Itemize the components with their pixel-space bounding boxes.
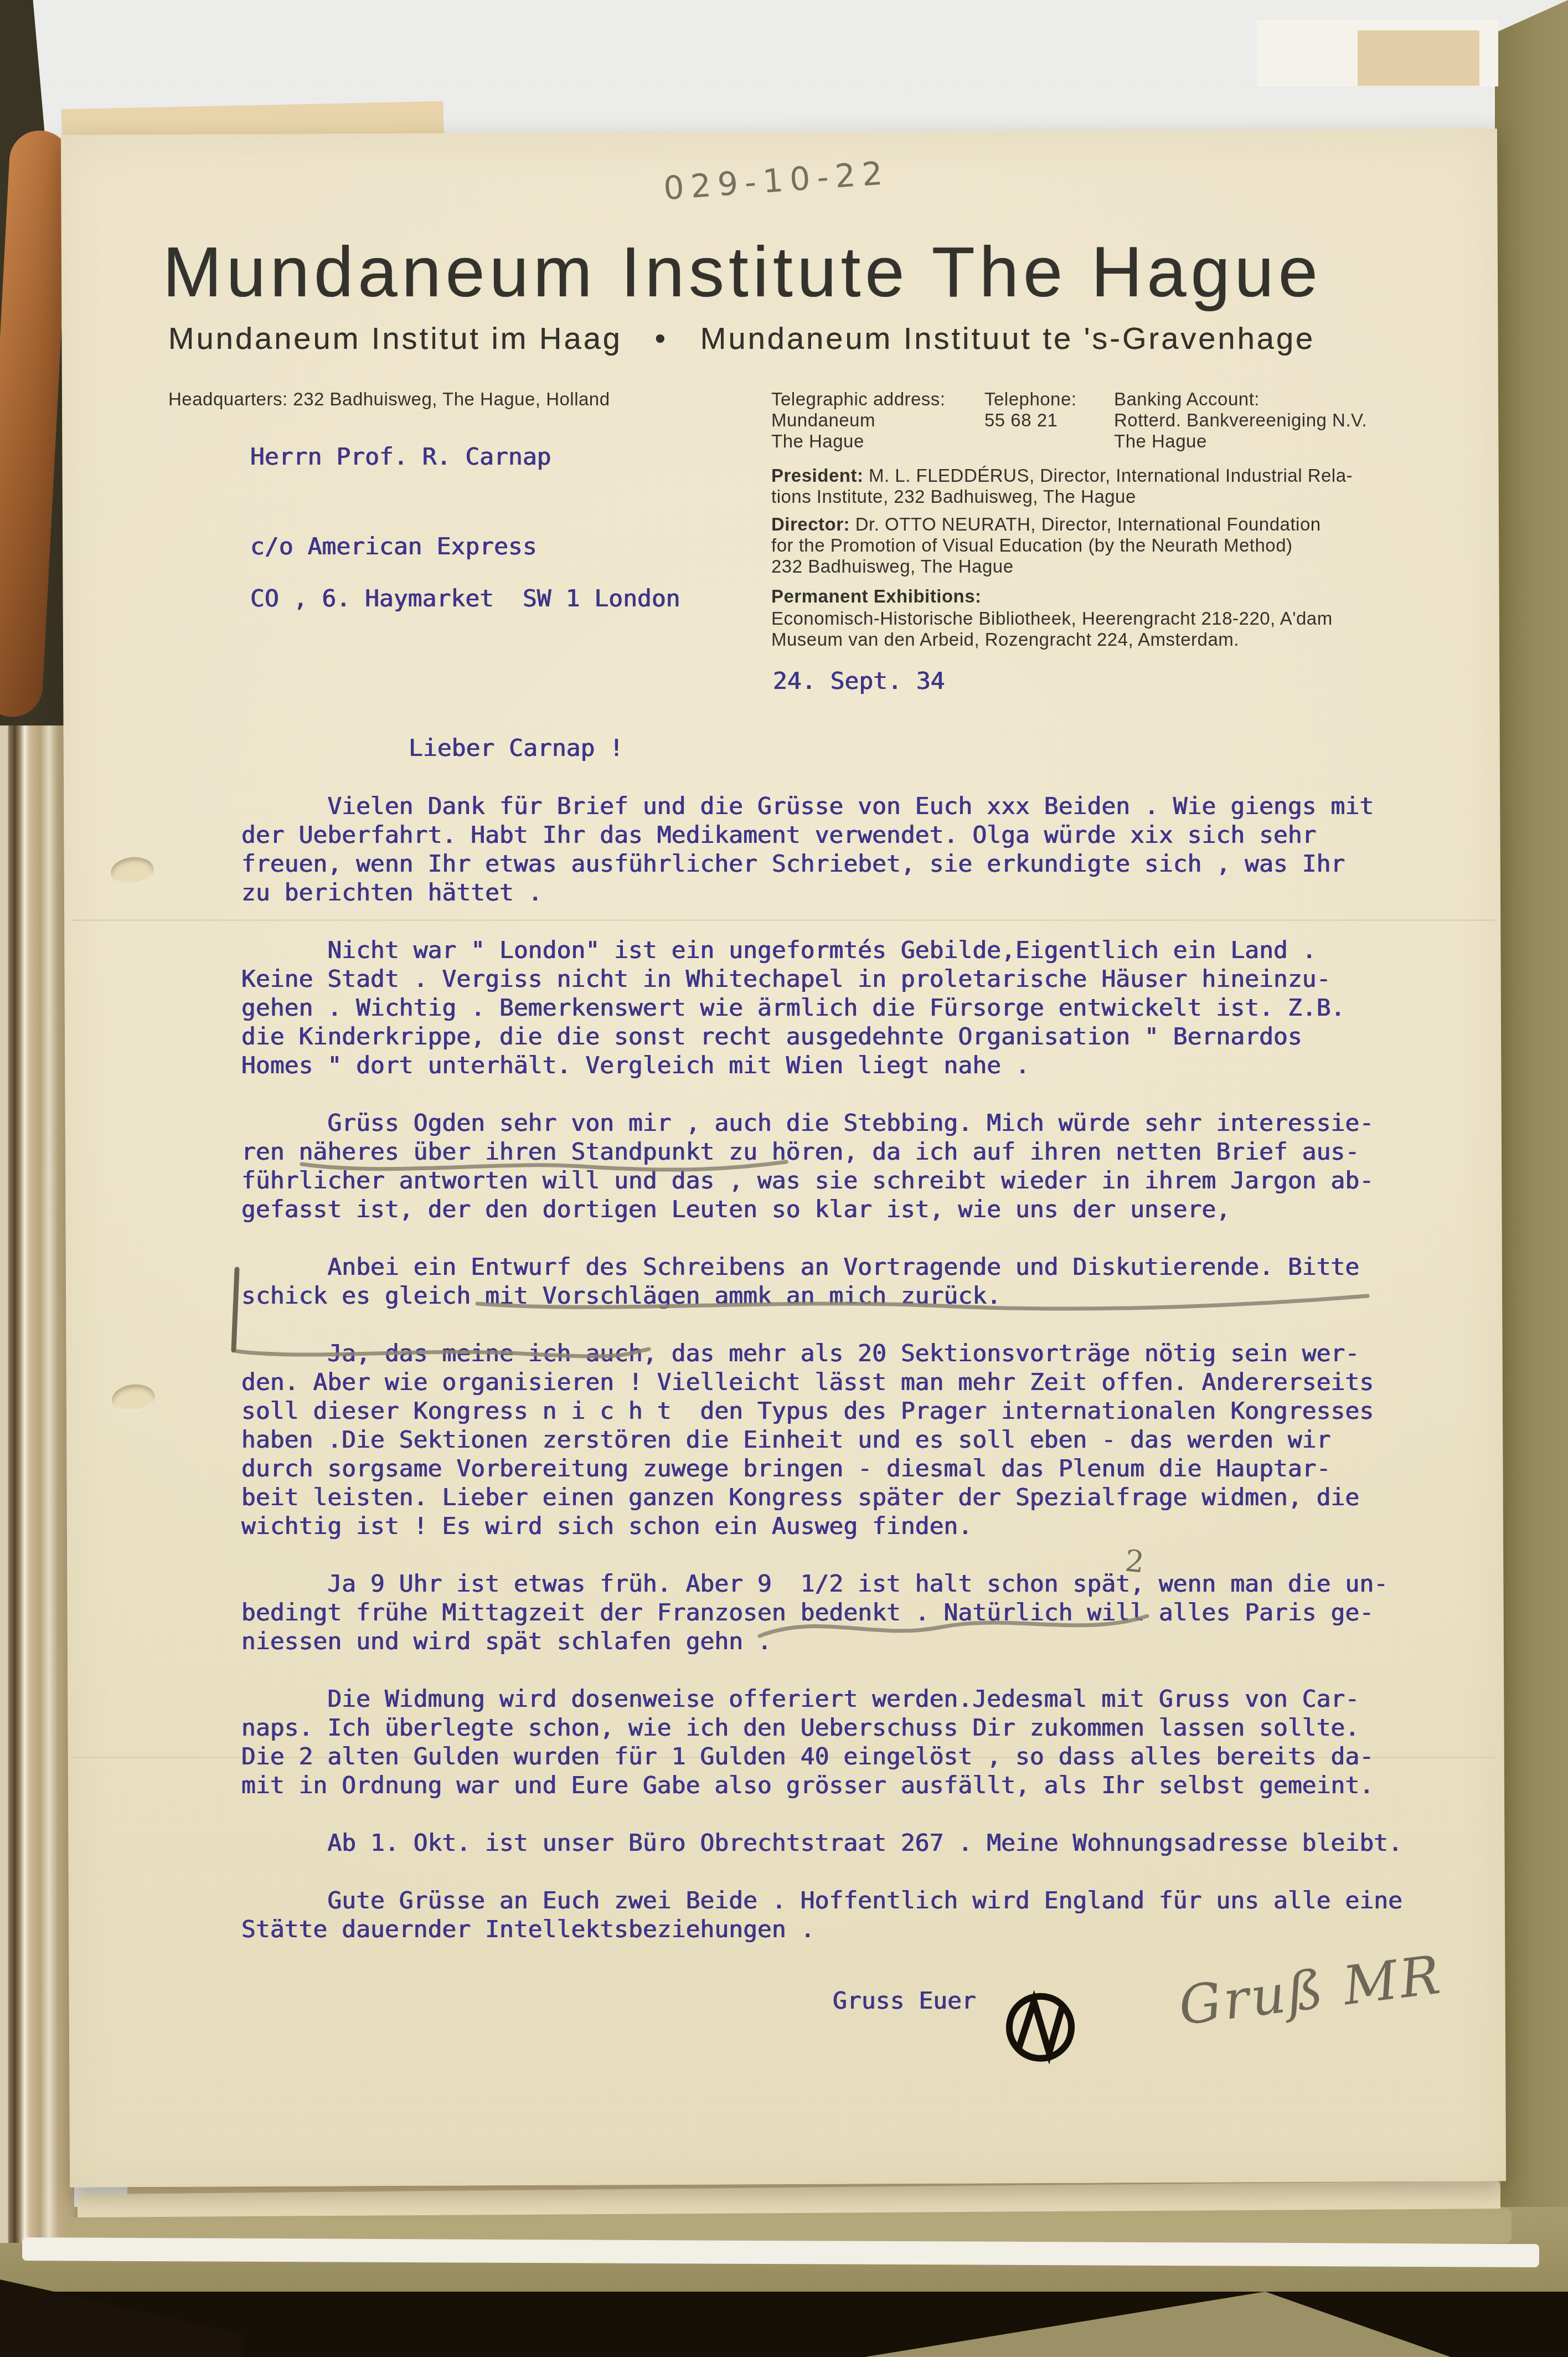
letter-line: niessen und wird spät schlafen gehn . <box>241 1627 1399 1656</box>
letter-line: Stätte dauernder Intellektsbeziehungen . <box>241 1915 1399 1944</box>
letter-line: durch sorgsame Vorbereitung zuwege bring… <box>241 1454 1399 1483</box>
letter-line: Gute Grüsse an Euch zwei Beide . Hoffent… <box>241 1886 1399 1915</box>
closing: Gruss Euer <box>833 1987 976 2015</box>
president-label: President: <box>771 465 863 486</box>
recipient-address: CO , 6. Haymarket SW 1 London <box>250 585 680 613</box>
letter-line: der Ueberfahrt. Habt Ihr das Medikament … <box>241 821 1399 850</box>
letterhead-telephone: Telephone: 55 68 21 <box>984 389 1076 431</box>
letter-line: naps. Ich überlegte schon, wie ich den U… <box>241 1713 1399 1742</box>
letterhead-director: Director: Dr. OTTO NEURATH, Director, In… <box>771 514 1402 577</box>
letter-line: Vielen Dank für Brief und die Grüsse von… <box>241 792 1399 821</box>
letterhead-title: Mundaneum Institute The Hague <box>163 231 1322 313</box>
telegraphic-value: Mundaneum The Hague <box>771 410 946 452</box>
letter-line: Ab 1. Okt. ist unser Büro Obrechtstraat … <box>241 1829 1399 1857</box>
letter-line: freuen, wenn Ihr etwas ausführlicher Sch… <box>241 850 1399 878</box>
letter-paragraph: Nicht war " London" ist ein ungeformtés … <box>241 936 1399 1080</box>
letter-paragraph: Grüss Ogden sehr von mir , auch die Steb… <box>241 1109 1399 1224</box>
letter-paragraph: Anbei ein Entwurf des Schreibens an Vort… <box>241 1253 1399 1310</box>
letter-line: bedingt frühe Mittagzeit der Franzosen b… <box>241 1598 1399 1627</box>
letter-line: gefasst ist, der den dortigen Leuten so … <box>241 1195 1399 1224</box>
exhibitions-text: Economisch-Historische Bibliotheek, Heer… <box>771 608 1414 650</box>
olive-folder-right <box>1495 0 1568 2357</box>
letter-line: Die 2 alten Gulden wurden für 1 Gulden 4… <box>241 1742 1399 1771</box>
letter-line: soll dieser Kongress n i c h t den Typus… <box>241 1397 1399 1425</box>
letter-paragraph: Vielen Dank für Brief und die Grüsse von… <box>241 792 1399 907</box>
sheet-behind-top-right-tan <box>1358 30 1479 86</box>
letter-line: ren näheres über ihren Standpunkt zu hör… <box>241 1138 1399 1166</box>
letter-paragraph: Ja 9 Uhr ist etwas früh. Aber 9 1/2 ist … <box>241 1569 1399 1656</box>
letter-paragraph: Ja, das meine ich auch, das mehr als 20 … <box>241 1339 1399 1541</box>
letterhead-subtitle: Mundaneum Institut im Haag • Mundaneum I… <box>168 320 1315 356</box>
letter-line: Ja 9 Uhr ist etwas früh. Aber 9 1/2 ist … <box>241 1569 1399 1598</box>
banking-label: Banking Account: <box>1114 389 1402 410</box>
letter-line: Homes " dort unterhält. Vergleich mit Wi… <box>241 1051 1399 1080</box>
letterhead-headquarters: Headquarters: 232 Badhuisweg, The Hague,… <box>168 389 610 410</box>
letter-paragraph: Ab 1. Okt. ist unser Büro Obrechtstraat … <box>241 1829 1399 1857</box>
letter-line: beit leisten. Lieber einen ganzen Kongre… <box>241 1483 1399 1512</box>
letter-date: 24. Sept. 34 <box>773 667 945 695</box>
letter-line: zu berichten hättet . <box>241 878 1399 907</box>
letter-paragraph: Gute Grüsse an Euch zwei Beide . Hoffent… <box>241 1886 1399 1944</box>
letterhead-telegraphic: Telegraphic address: Mundaneum The Hague <box>771 389 946 452</box>
letter-paragraph: Die Widmung wird dosenweise offeriert we… <box>241 1685 1399 1800</box>
letter-line: Grüss Ogden sehr von mir , auch die Steb… <box>241 1109 1399 1138</box>
letter-line: führlicher antworten will und das , was … <box>241 1166 1399 1195</box>
neurath-circled-n-monogram <box>1000 1980 1083 2075</box>
paper-stack-left-edge <box>0 692 74 2243</box>
letter-line: Die Widmung wird dosenweise offeriert we… <box>241 1685 1399 1713</box>
recipient-name: Herrn Prof. R. Carnap <box>250 443 551 471</box>
exhibitions-label: Permanent Exhibitions: <box>771 586 982 607</box>
telephone-label: Telephone: <box>984 389 1076 410</box>
letter-line: wichtig ist ! Es wird sich schon ein Aus… <box>241 1512 1399 1541</box>
letter-line: mit in Ordnung war und Eure Gabe also gr… <box>241 1771 1399 1800</box>
letter-body: Vielen Dank für Brief und die Grüsse von… <box>241 792 1399 1973</box>
letterhead-president: President: M. L. FLEDDÉRUS, Director, In… <box>771 465 1402 507</box>
photo-of-letter: 029-10-22 Mundaneum Institute The Hague … <box>0 0 1568 2357</box>
pencil-note-2: 2 <box>1123 1543 1146 1579</box>
letter-line: die Kinderkrippe, die die sonst recht au… <box>241 1022 1399 1051</box>
director-text: Dr. OTTO NEURATH, Director, Internationa… <box>771 514 1321 577</box>
letter-line: Keine Stadt . Vergiss nicht in Whitechap… <box>241 965 1399 994</box>
letter-line: Nicht war " London" ist ein ungeformtés … <box>241 936 1399 965</box>
letter-line: den. Aber wie organisieren ! Vielleicht … <box>241 1368 1399 1397</box>
letter-line: schick es gleich mit Vorschlägen ammk an… <box>241 1282 1399 1310</box>
telegraphic-label: Telegraphic address: <box>771 389 946 410</box>
letter-line: Anbei ein Entwurf des Schreibens an Vort… <box>241 1253 1399 1282</box>
letter-line: gehen . Wichtig . Bemerkenswert wie ärml… <box>241 994 1399 1022</box>
recipient-co: c/o American Express <box>250 533 537 560</box>
letterhead-banking: Banking Account: Rotterd. Bankvereenigin… <box>1114 389 1402 452</box>
salutation: Lieber Carnap ! <box>409 734 623 762</box>
telephone-value: 55 68 21 <box>984 410 1076 431</box>
director-label: Director: <box>771 514 850 534</box>
letter-line: Ja, das meine ich auch, das mehr als 20 … <box>241 1339 1399 1368</box>
letter-line: haben .Die Sektionen zerstören die Einhe… <box>241 1425 1399 1454</box>
banking-value: Rotterd. Bankvereeniging N.V. The Hague <box>1114 410 1402 452</box>
